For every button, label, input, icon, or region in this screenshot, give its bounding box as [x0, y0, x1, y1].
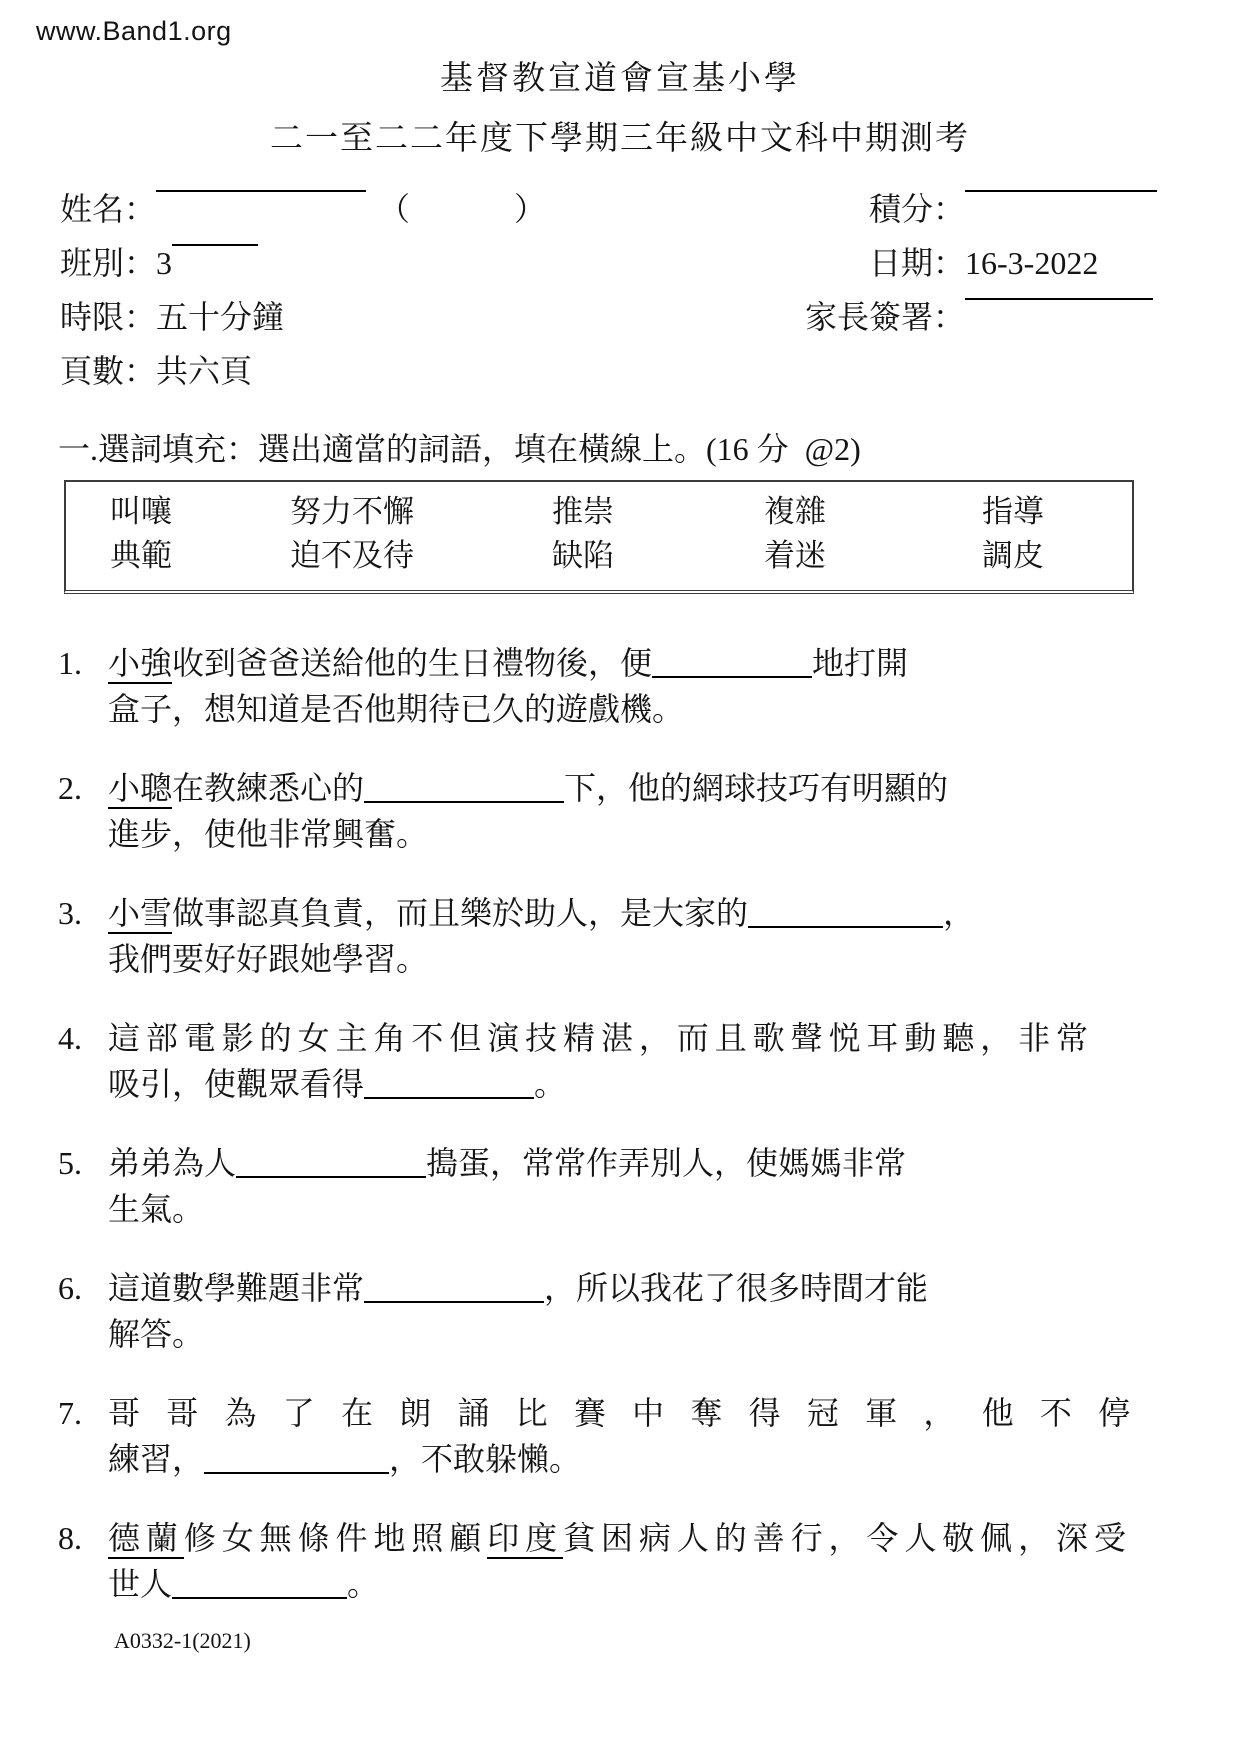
question-line: 進步，使他非常興奮。 — [108, 811, 1184, 857]
question-segment: 弟弟為人 — [108, 1145, 236, 1181]
word-bank-item: 典範 — [110, 534, 290, 578]
question-text: 弟弟為人搗蛋，常常作弄別人，使媽媽非常生氣。 — [108, 1140, 1184, 1232]
question-line: 小雪做事認真負責，而且樂於助人，是大家的， — [108, 890, 1184, 936]
word-bank-item: 迫不及待 — [290, 534, 552, 578]
section-one-heading: 一.選詞填充：選出適當的詞語，填在橫線上。(16 分 @2) — [58, 424, 861, 470]
question-number: 3. — [58, 890, 108, 982]
question-line: 練習，，不敢躲懶。 — [108, 1436, 1184, 1482]
question-number: 1. — [58, 640, 108, 732]
answer-blank-line — [364, 1093, 534, 1099]
question-number: 7. — [58, 1390, 108, 1482]
question-segment: 練習， — [108, 1441, 204, 1477]
info-row-pages: 頁數：共六頁 — [60, 344, 1182, 398]
date-value: 16-3-2022 — [965, 236, 1098, 290]
score-label: 積分： — [760, 182, 965, 236]
word-bank-item: 調皮 — [982, 534, 1132, 578]
question-segment: 解答。 — [108, 1316, 204, 1352]
question-item: 1.小強收到爸爸送給他的生日禮物後，便地打開盒子，想知道是否他期待已久的遊戲機。 — [58, 640, 1184, 732]
question-item: 8.德蘭修女無條件地照顧印度貧困病人的善行，令人敬佩，深受世人。 — [58, 1515, 1184, 1607]
question-text: 這部電影的女主角不但演技精湛，而且歌聲悦耳動聽，非常吸引，使觀眾看得。 — [108, 1015, 1184, 1107]
question-text: 小強收到爸爸送給他的生日禮物後，便地打開盒子，想知道是否他期待已久的遊戲機。 — [108, 640, 1184, 732]
question-item: 6.這道數學難題非常，所以我花了很多時間才能解答。 — [58, 1265, 1184, 1357]
paper-code: A0332-1(2021) — [114, 1628, 251, 1654]
question-segment: 搗蛋，常常作弄別人，使媽媽非常 — [426, 1145, 906, 1181]
exam-info-section: 姓名：（） 積分： 班別：3 日期：16-3-2022 時限：五十分鐘 家長簽署… — [60, 182, 1182, 398]
info-row-class: 班別：3 日期：16-3-2022 — [60, 236, 1182, 290]
question-number: 5. — [58, 1140, 108, 1232]
class-value: 3 — [156, 236, 172, 290]
underlined-proper-noun: 小強 — [108, 645, 172, 684]
answer-blank-line — [204, 1468, 389, 1474]
answer-blank-line — [364, 1297, 544, 1303]
question-number: 4. — [58, 1015, 108, 1107]
answer-blank-line — [172, 1593, 347, 1599]
time-value: 五十分鐘 — [156, 290, 284, 344]
question-item: 2.小聰在教練悉心的下，他的網球技巧有明顯的進步，使他非常興奮。 — [58, 765, 1184, 857]
question-segment: 進步，使他非常興奮。 — [108, 816, 428, 852]
question-line: 弟弟為人搗蛋，常常作弄別人，使媽媽非常 — [108, 1140, 1184, 1186]
pages-label: 頁數： — [60, 344, 156, 398]
question-text: 哥哥為了在朗誦比賽中奪得冠軍，他不停練習，，不敢躲懶。 — [108, 1390, 1184, 1482]
question-line: 哥哥為了在朗誦比賽中奪得冠軍，他不停 — [108, 1390, 1184, 1436]
underlined-proper-noun: 小聰 — [108, 770, 172, 809]
parent-signature-label: 家長簽署： — [760, 290, 965, 344]
class-blank-line — [172, 240, 258, 246]
question-number: 6. — [58, 1265, 108, 1357]
exam-paper-page: { "watermark": "www.Band1.org", "header"… — [0, 0, 1240, 1754]
info-row-time: 時限：五十分鐘 家長簽署： — [60, 290, 1182, 344]
question-segment: 這部電影的女主角不但演技精湛，而且歌聲悦耳動聽，非常 — [108, 1020, 1094, 1056]
question-segment: 世人 — [108, 1566, 172, 1602]
question-segment: ， — [943, 895, 975, 931]
bracket-gap — [410, 182, 514, 236]
question-line: 德蘭修女無條件地照顧印度貧困病人的善行，令人敬佩，深受 — [108, 1515, 1184, 1561]
info-row-name: 姓名：（） 積分： — [60, 182, 1182, 236]
question-line: 這道數學難題非常，所以我花了很多時間才能 — [108, 1265, 1184, 1311]
question-text: 小雪做事認真負責，而且樂於助人，是大家的，我們要好好跟她學習。 — [108, 890, 1184, 982]
word-bank-item: 着迷 — [764, 534, 982, 578]
word-bank-item: 複雜 — [764, 490, 982, 534]
question-segment: 修女無條件地照顧 — [184, 1520, 487, 1556]
underlined-proper-noun: 德蘭 — [108, 1520, 184, 1559]
question-line: 小強收到爸爸送給他的生日禮物後，便地打開 — [108, 640, 1184, 686]
question-segment: 我們要好好跟她學習。 — [108, 941, 428, 977]
word-bank-row: 叫嚷努力不懈推崇複雜指導 — [110, 490, 1132, 534]
question-line: 我們要好好跟她學習。 — [108, 936, 1184, 982]
info-row-score: 積分： — [760, 182, 1182, 236]
question-segment: 。 — [534, 1066, 566, 1102]
question-segment: 做事認真負責，而且樂於助人，是大家的 — [172, 895, 748, 931]
question-item: 4.這部電影的女主角不但演技精湛，而且歌聲悦耳動聽，非常吸引，使觀眾看得。 — [58, 1015, 1184, 1107]
question-segment: 貧困病人的善行，令人敬佩，深受 — [563, 1520, 1132, 1556]
question-line: 這部電影的女主角不但演技精湛，而且歌聲悦耳動聽，非常 — [108, 1015, 1184, 1061]
question-line: 解答。 — [108, 1311, 1184, 1357]
question-line: 生氣。 — [108, 1186, 1184, 1232]
question-segment: 哥哥為了在朗誦比賽中奪得冠軍，他不停 — [108, 1395, 1156, 1431]
word-bank-row: 典範迫不及待缺陷着迷調皮 — [110, 534, 1132, 578]
info-row-date: 日期：16-3-2022 — [760, 236, 1182, 290]
word-bank-item: 缺陷 — [552, 534, 764, 578]
word-bank-item: 指導 — [982, 490, 1132, 534]
word-bank-item: 叫嚷 — [110, 490, 290, 534]
question-segment: 這道數學難題非常 — [108, 1270, 364, 1306]
question-line: 吸引，使觀眾看得。 — [108, 1061, 1184, 1107]
name-label: 姓名： — [60, 182, 156, 236]
class-label: 班別： — [60, 236, 156, 290]
question-segment: 地打開 — [812, 645, 908, 681]
question-number: 2. — [58, 765, 108, 857]
bracket-close: ） — [514, 182, 546, 236]
question-segment: 下，他的網球技巧有明顯的 — [564, 770, 948, 806]
question-item: 7.哥哥為了在朗誦比賽中奪得冠軍，他不停練習，，不敢躲懶。 — [58, 1390, 1184, 1482]
exam-title: 二一至二二年度下學期三年級中文科中期測考 — [0, 112, 1240, 159]
question-segment: 盒子，想知道是否他期待已久的遊戲機。 — [108, 691, 684, 727]
school-title: 基督教宣道會宣基小學 — [0, 52, 1240, 99]
question-text: 這道數學難題非常，所以我花了很多時間才能解答。 — [108, 1265, 1184, 1357]
info-row-signature: 家長簽署： — [760, 290, 1182, 344]
word-bank-item: 努力不懈 — [290, 490, 552, 534]
question-segment: 在教練悉心的 — [172, 770, 364, 806]
question-segment: 生氣。 — [108, 1191, 204, 1227]
underlined-proper-noun: 小雪 — [108, 895, 172, 934]
underlined-proper-noun: 印度 — [487, 1520, 563, 1559]
question-segment: 。 — [347, 1566, 379, 1602]
question-segment: 收到爸爸送給他的生日禮物後，便 — [172, 645, 652, 681]
name-blank-line — [156, 186, 366, 192]
pages-value: 共六頁 — [156, 344, 252, 398]
word-bank-item: 推崇 — [552, 490, 764, 534]
question-list: 1.小強收到爸爸送給他的生日禮物後，便地打開盒子，想知道是否他期待已久的遊戲機。… — [58, 640, 1184, 1640]
word-bank-box: 叫嚷努力不懈推崇複雜指導典範迫不及待缺陷着迷調皮 — [64, 480, 1134, 594]
answer-blank-line — [236, 1172, 426, 1178]
answer-blank-line — [748, 922, 943, 928]
question-item: 3.小雪做事認真負責，而且樂於助人，是大家的，我們要好好跟她學習。 — [58, 890, 1184, 982]
answer-blank-line — [652, 672, 812, 678]
question-line: 小聰在教練悉心的下，他的網球技巧有明顯的 — [108, 765, 1184, 811]
question-text: 小聰在教練悉心的下，他的網球技巧有明顯的進步，使他非常興奮。 — [108, 765, 1184, 857]
time-label: 時限： — [60, 290, 156, 344]
question-segment: ，所以我花了很多時間才能 — [544, 1270, 928, 1306]
question-segment: ，不敢躲懶。 — [389, 1441, 581, 1477]
answer-blank-line — [364, 797, 564, 803]
question-line: 世人。 — [108, 1561, 1184, 1607]
date-label: 日期： — [760, 236, 965, 290]
signature-blank-line — [965, 294, 1153, 300]
bracket-open: （ — [378, 182, 410, 236]
question-text: 德蘭修女無條件地照顧印度貧困病人的善行，令人敬佩，深受世人。 — [108, 1515, 1184, 1607]
question-item: 5.弟弟為人搗蛋，常常作弄別人，使媽媽非常生氣。 — [58, 1140, 1184, 1232]
question-line: 盒子，想知道是否他期待已久的遊戲機。 — [108, 686, 1184, 732]
site-watermark: www.Band1.org — [36, 16, 232, 47]
question-number: 8. — [58, 1515, 108, 1607]
question-segment: 吸引，使觀眾看得 — [108, 1066, 364, 1102]
score-blank-line — [965, 186, 1157, 192]
